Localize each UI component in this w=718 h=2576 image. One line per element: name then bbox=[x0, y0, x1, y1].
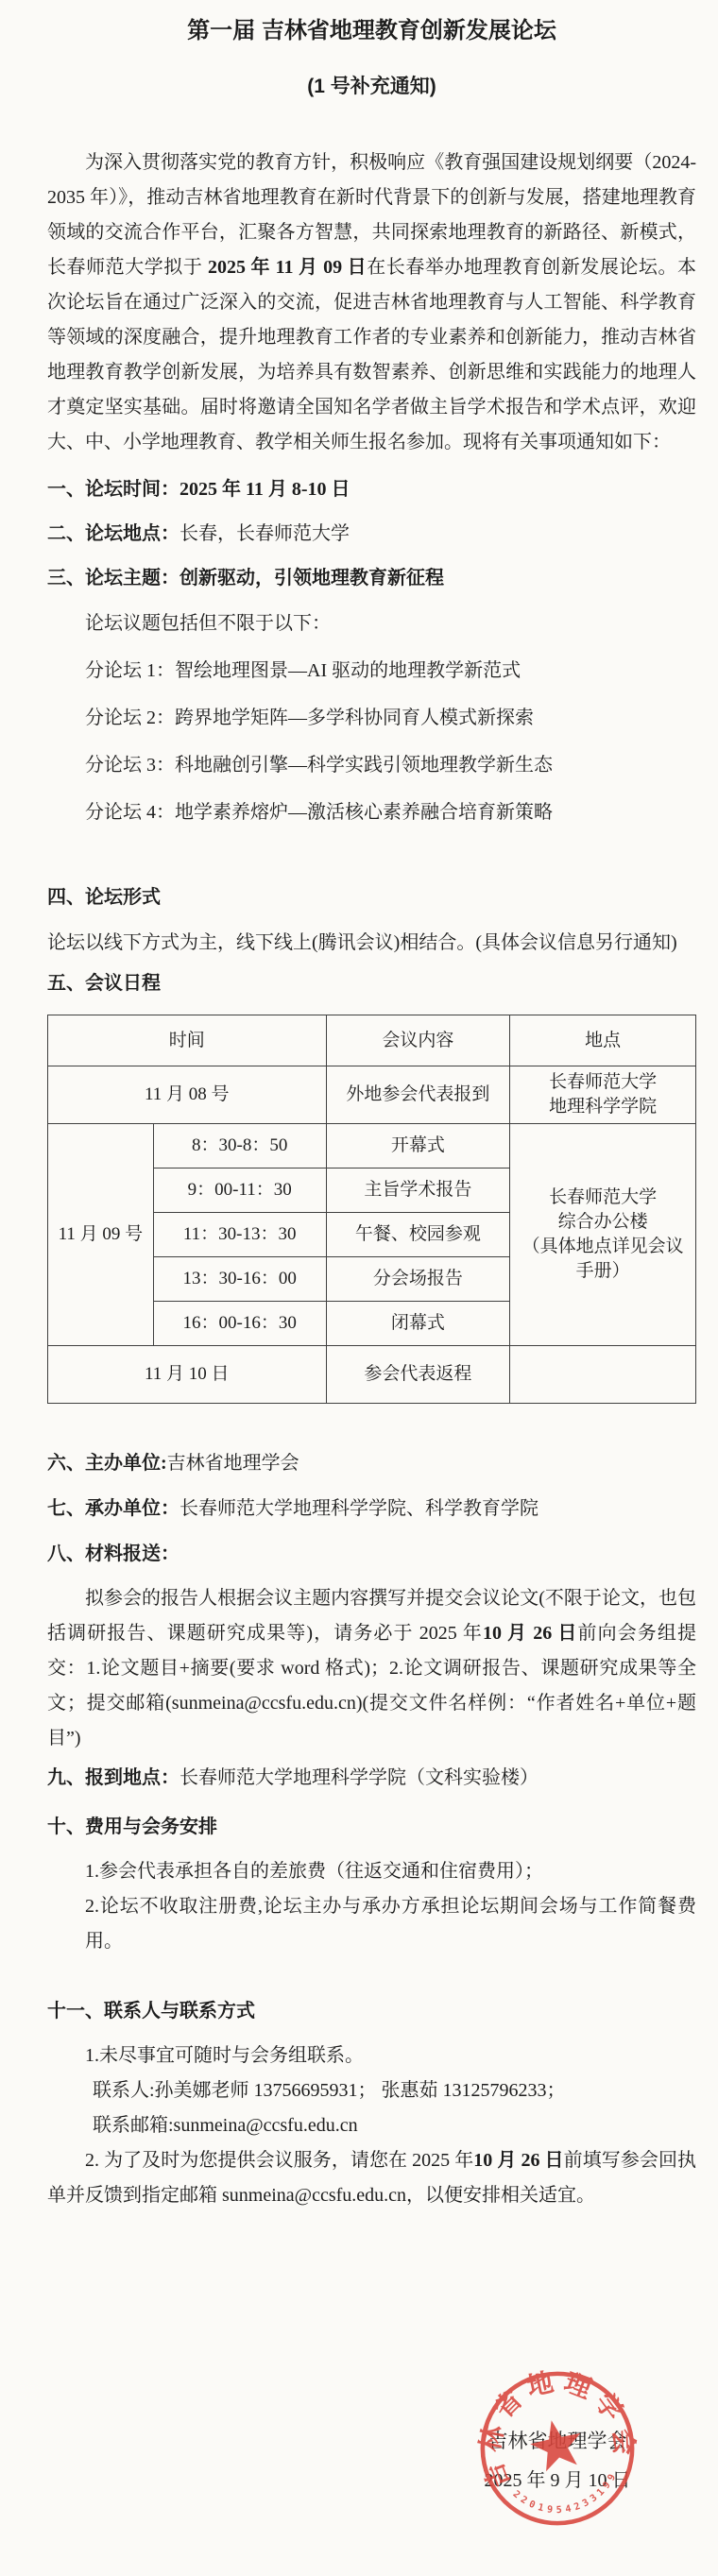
section-fees: 十、费用与会务安排 bbox=[47, 1813, 696, 1841]
cell-time-opening: 8：30-8：50 bbox=[153, 1124, 326, 1169]
document-page: 第一届 吉林省地理教育创新发展论坛 (1 号补充通知) 为深入贯彻落实党的教育方… bbox=[0, 0, 718, 2576]
cell-content-lunch: 午餐、校园参观 bbox=[326, 1213, 510, 1257]
cell-place-nov09: 长春师范大学 综合办公楼 （具体地点详见会议 手册） bbox=[510, 1124, 696, 1346]
forum-date-highlight: 2025 年 11 月 09 日 bbox=[208, 257, 367, 278]
section-forum-theme-label: 三、论坛主题： bbox=[47, 568, 179, 589]
cell-date-nov09: 11 月 09 号 bbox=[48, 1124, 154, 1346]
schedule-header-row: 时间 会议内容 地点 bbox=[48, 1015, 696, 1066]
section-organizer-label: 七、承办单位： bbox=[47, 1498, 179, 1519]
section-forum-place-label: 二、论坛地点： bbox=[47, 523, 179, 544]
cell-content-closing: 闭幕式 bbox=[326, 1302, 510, 1346]
section-checkin-value: 长春师范大学地理科学学院（文科实验楼） bbox=[179, 1767, 538, 1788]
cell-time-lunch: 11：30-13：30 bbox=[153, 1213, 326, 1257]
section-forum-theme-value: 创新驱动，引领地理教育新征程 bbox=[179, 568, 444, 589]
cell-time-keynote: 9：00-11：30 bbox=[153, 1169, 326, 1213]
schedule-row-opening: 11 月 09 号 8：30-8：50 开幕式 长春师范大学 综合办公楼 （具体… bbox=[48, 1124, 696, 1169]
fees-item-2: 2.论坛不收取注册费,论坛主办与承办方承担论坛期间会场与工作简餐费用。 bbox=[47, 1889, 696, 1959]
section-forum-format-label: 四、论坛形式 bbox=[47, 887, 161, 908]
page-subtitle: (1 号补充通知) bbox=[47, 74, 696, 100]
section-organizer: 七、承办单位：长春师范大学地理科学学院、科学教育学院 bbox=[47, 1494, 696, 1523]
section-forum-time-value: 2025 年 11 月 8-10 日 bbox=[179, 479, 350, 500]
section-host-label: 六、主办单位: bbox=[47, 1453, 167, 1474]
section-checkin: 九、报到地点：长春师范大学地理科学学院（文科实验楼） bbox=[47, 1764, 696, 1792]
contacts-item-2: 2. 为了及时为您提供会议服务，请您在 2025 年10 月 26 日前填写参会… bbox=[47, 2143, 696, 2213]
sub-forum-3: 分论坛 3：科地融创引擎—科学实践引领地理教学新生态 bbox=[47, 751, 696, 779]
cell-content-nov10: 参会代表返程 bbox=[326, 1346, 510, 1404]
section-forum-place: 二、论坛地点：长春，长春师范大学 bbox=[47, 520, 696, 548]
cell-date-nov10: 11 月 10 日 bbox=[48, 1346, 327, 1404]
cell-content-opening: 开幕式 bbox=[326, 1124, 510, 1169]
forum-topics-intro: 论坛议题包括但不限于以下： bbox=[47, 609, 696, 638]
sub-forum-1: 分论坛 1：智绘地理图景—AI 驱动的地理教学新范式 bbox=[47, 657, 696, 685]
forum-format-body: 论坛以线下方式为主，线下线上(腾讯会议)相结合。(具体会议信息另行通知) bbox=[47, 929, 696, 957]
schedule-row-nov10: 11 月 10 日 参会代表返程 bbox=[48, 1346, 696, 1404]
contacts-item-1: 1.未尽事宜可随时与会务组联系。 bbox=[47, 2039, 696, 2073]
contact-email-line: 联系邮箱:sunmeina@ccsfu.edu.cn bbox=[47, 2108, 696, 2143]
sub-forum-2: 分论坛 2：跨界地学矩阵—多学科协同育人模式新探索 bbox=[47, 704, 696, 732]
cell-time-breakout: 13：30-16：00 bbox=[153, 1257, 326, 1302]
header-content: 会议内容 bbox=[326, 1015, 510, 1066]
section-checkin-label: 九、报到地点： bbox=[47, 1767, 179, 1788]
page-title: 第一届 吉林省地理教育创新发展论坛 bbox=[47, 17, 696, 45]
cell-time-closing: 16：00-16：30 bbox=[153, 1302, 326, 1346]
section-forum-time-label: 一、论坛时间： bbox=[47, 479, 179, 500]
document-body: 第一届 吉林省地理教育创新发展论坛 (1 号补充通知) 为深入贯彻落实党的教育方… bbox=[0, 0, 718, 2213]
section-forum-time: 一、论坛时间：2025 年 11 月 8-10 日 bbox=[47, 475, 696, 503]
cell-content-keynote: 主旨学术报告 bbox=[326, 1169, 510, 1213]
section-organizer-value: 长春师范大学地理科学学院、科学教育学院 bbox=[179, 1498, 538, 1519]
cell-content-breakout: 分会场报告 bbox=[326, 1257, 510, 1302]
seal-star-icon bbox=[526, 2415, 587, 2474]
header-place: 地点 bbox=[510, 1015, 696, 1066]
contact-persons-line: 联系人:孙美娜老师 13756695931； 张惠茹 13125796233； bbox=[47, 2073, 696, 2108]
materials-paragraph: 拟参会的报告人根据会议主题内容撰写并提交会议论文(不限于论文，也包括调研报告、课… bbox=[47, 1581, 696, 1756]
cell-date-nov08: 11 月 08 号 bbox=[48, 1066, 327, 1124]
section-agenda-label: 五、会议日程 bbox=[47, 973, 161, 994]
cell-place-nov08: 长春师范大学 地理科学学院 bbox=[510, 1066, 696, 1124]
section-fees-label: 十、费用与会务安排 bbox=[47, 1817, 217, 1837]
section-materials-label: 八、材料报送： bbox=[47, 1544, 179, 1564]
cell-content-nov08: 外地参会代表报到 bbox=[326, 1066, 510, 1124]
header-time: 时间 bbox=[48, 1015, 327, 1066]
reply-deadline-highlight: 10 月 26 日 bbox=[473, 2150, 563, 2171]
section-forum-theme: 三、论坛主题：创新驱动，引领地理教育新征程 bbox=[47, 564, 696, 592]
seal-group: 吉林省地理学会 2201954233199 bbox=[470, 2362, 644, 2535]
schedule-table: 时间 会议内容 地点 11 月 08 号 外地参会代表报到 长春师范大学 地理科… bbox=[47, 1015, 696, 1404]
section-host-value: 吉林省地理学会 bbox=[167, 1453, 299, 1474]
fees-item-1: 1.参会代表承担各自的差旅费（往返交通和住宿费用）； bbox=[47, 1854, 696, 1889]
intro-text-2: 在长春举办地理教育创新发展论坛。本次论坛旨在通过广泛深入的交流，促进吉林省地理教… bbox=[47, 257, 696, 452]
section-contacts: 十一、联系人与联系方式 bbox=[47, 1997, 696, 2025]
schedule-row-nov08: 11 月 08 号 外地参会代表报到 长春师范大学 地理科学学院 bbox=[48, 1066, 696, 1124]
section-host: 六、主办单位:吉林省地理学会 bbox=[47, 1449, 696, 1477]
section-materials: 八、材料报送： bbox=[47, 1540, 696, 1568]
official-seal: 吉林省地理学会 2201954233199 bbox=[470, 2362, 644, 2535]
materials-deadline-highlight: 10 月 26 日 bbox=[483, 1623, 578, 1644]
intro-paragraph: 为深入贯彻落实党的教育方针，积极响应《教育强国建设规划纲要（2024-2035 … bbox=[47, 145, 696, 460]
section-contacts-label: 十一、联系人与联系方式 bbox=[47, 2001, 255, 2022]
section-agenda: 五、会议日程 bbox=[47, 969, 696, 998]
section-forum-place-value: 长春，长春师范大学 bbox=[179, 523, 350, 544]
contacts-item-2-text-1: 2. 为了及时为您提供会议服务，请您在 2025 年 bbox=[85, 2150, 473, 2171]
sub-forum-4: 分论坛 4：地学素养熔炉—激活核心素养融合培育新策略 bbox=[47, 798, 696, 827]
cell-place-nov10 bbox=[510, 1346, 696, 1404]
section-forum-format: 四、论坛形式 bbox=[47, 883, 696, 912]
